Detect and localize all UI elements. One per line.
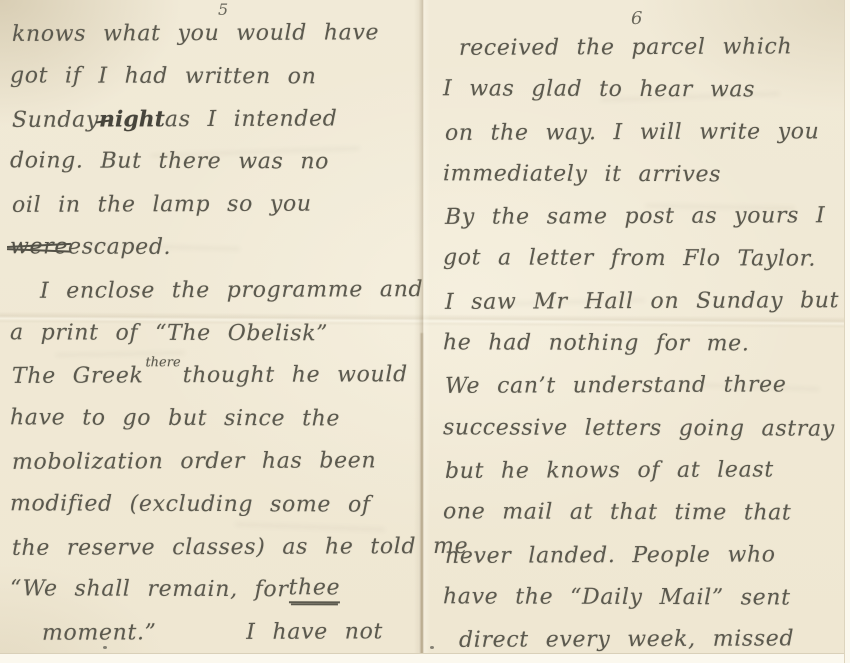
line-text: thought he would — [183, 362, 408, 388]
line-text: The Greek — [12, 364, 144, 390]
handwriting-line: have to go but since the — [10, 396, 421, 440]
handwriting-line: I was glad to hear was — [443, 68, 848, 112]
handwriting-line: have the “Daily Mail” sent — [443, 575, 848, 619]
handwriting-line: a print of “The Obelisk” — [10, 311, 421, 355]
corrected-word: night — [99, 106, 165, 132]
handwriting-line: I saw Mr Hall on Sunday but — [445, 279, 850, 323]
interlinear-insertion: there — [145, 355, 180, 370]
handwriting-line: We can’t understand three — [445, 363, 850, 407]
handwriting-line: “We shall remain, for thee — [10, 568, 421, 612]
ink-speck — [103, 646, 107, 649]
handwriting-line: oil in the lamp so you — [12, 182, 423, 227]
letter-page-5: 5 knows what you would have got if I had… — [0, 0, 425, 663]
underlined-word: thee — [288, 576, 340, 604]
scan-edge-right — [844, 0, 850, 663]
handwriting-line: moment.” I have not — [12, 610, 423, 655]
page-6-text: received the parcel which I was glad to … — [425, 0, 850, 660]
handwriting-line: modified (excluding some of — [10, 482, 421, 526]
scan-edge-bottom — [0, 653, 850, 663]
handwriting-line: successive letters going astray — [443, 406, 848, 450]
handwriting-line: on the way. I will write you — [445, 110, 850, 154]
ink-speck — [430, 646, 434, 649]
line-text: I have not — [246, 619, 383, 645]
handwriting-line: The Greek there thought he would — [12, 353, 423, 398]
line-text: Sunday — [12, 107, 99, 132]
handwriting-line: doing. But there was no — [10, 140, 421, 184]
handwriting-line: Sunday night as I intended — [12, 97, 423, 142]
letter-page-6: 6 received the parcel which I was glad t… — [425, 0, 850, 663]
handwriting-line: he had nothing for me. — [443, 321, 848, 365]
letter-scan: 5 knows what you would have got if I had… — [0, 0, 850, 663]
handwriting-line: never landed. People who — [445, 533, 850, 577]
handwriting-line: were escaped. — [10, 225, 421, 269]
handwriting-line: knows what you would have — [12, 11, 423, 56]
handwriting-line: got a letter from Flo Taylor. — [443, 237, 848, 281]
line-text: as I intended — [165, 106, 338, 132]
handwriting-line: but he knows of at least — [445, 448, 850, 492]
line-text: “We shall remain, for — [10, 577, 289, 603]
handwriting-line: one mail at that time that — [443, 491, 848, 535]
handwriting-line: the reserve classes) as he told me — [12, 525, 423, 570]
line-text: escaped. — [68, 234, 171, 259]
handwriting-line: By the same post as yours I — [445, 194, 850, 238]
handwriting-line: immediately it arrives — [443, 152, 848, 196]
handwriting-line: got if I had written on — [10, 54, 421, 98]
handwriting-line: I enclose the programme and — [12, 268, 423, 313]
struck-out-word: were — [10, 234, 68, 259]
handwriting-line: received the parcel which — [445, 25, 850, 69]
line-text: moment.” — [12, 620, 157, 646]
handwriting-line: mobolization order has been — [12, 439, 423, 484]
page-5-text: knows what you would have got if I had w… — [0, 0, 425, 654]
